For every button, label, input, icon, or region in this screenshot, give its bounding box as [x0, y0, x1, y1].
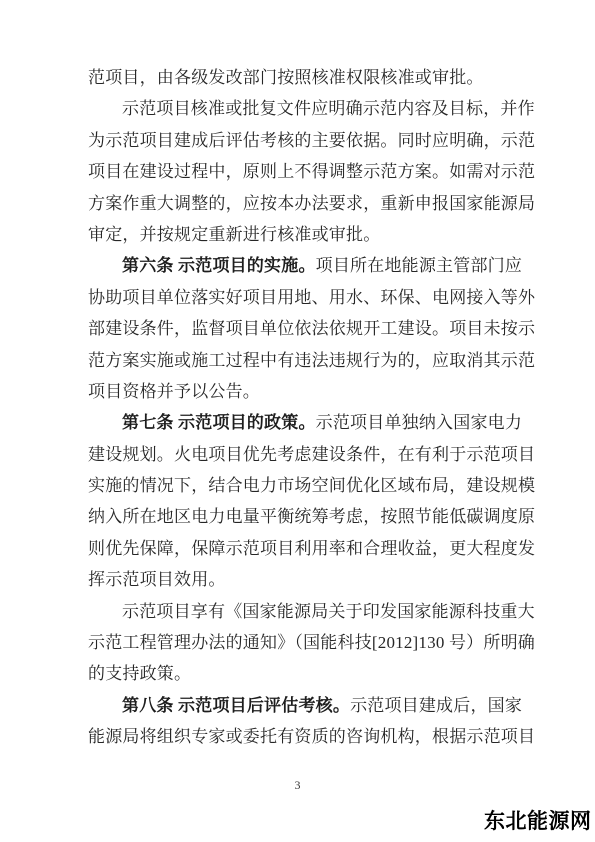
document-line: 建设规划。火电项目优先考虑建设条件，在有利于示范项目	[88, 439, 521, 470]
document-line: 协助项目单位落实好项目用地、用水、环保、电网接入等外	[88, 282, 521, 313]
document-line-article: 第六条 示范项目的实施。项目所在地能源主管部门应	[88, 250, 521, 281]
body-text: 项目所在地能源主管部门应	[316, 256, 522, 275]
document-line: 示范项目享有《国家能源局关于印发国家能源科技重大	[88, 596, 521, 627]
document-page: 范项目，由各级发改部门按照核准权限核准或审批。示范项目核准或批复文件应明确示范内…	[0, 0, 595, 842]
document-line: 则优先保障，保障示范项目利用率和合理收益，更大程度发	[88, 533, 521, 564]
page-number: 3	[0, 778, 595, 793]
body-text: 纳入所在地区电力电量平衡统筹考虑，按照节能低碳调度原	[88, 507, 535, 526]
body-text: 项目资格并予以公告。	[88, 382, 260, 401]
body-text: 则优先保障，保障示范项目利用率和合理收益，更大程度发	[88, 539, 535, 558]
body-text: 实施的情况下，结合电力市场空间优化区域布局，建设规模	[88, 476, 535, 495]
article-heading: 第七条 示范项目的政策。	[122, 413, 316, 432]
document-line: 示范项目核准或批复文件应明确示范内容及目标，并作	[88, 93, 521, 124]
body-text: 范项目，由各级发改部门按照核准权限核准或审批。	[88, 68, 484, 87]
document-line: 的支持政策。	[88, 658, 521, 689]
body-text: 为示范项目建成后评估考核的主要依据。同时应明确，示范	[88, 131, 535, 150]
document-line-article: 第七条 示范项目的政策。示范项目单独纳入国家电力	[88, 407, 521, 438]
article-heading: 第六条 示范项目的实施。	[122, 256, 316, 275]
body-text: 的支持政策。	[88, 664, 191, 683]
document-line: 范项目，由各级发改部门按照核准权限核准或审批。	[88, 62, 521, 93]
document-line: 范方案实施或施工过程中有违法违规行为的，应取消其示范	[88, 345, 521, 376]
document-line: 示范工程管理办法的通知》（国能科技[2012]130 号）所明确	[88, 627, 521, 658]
document-line: 纳入所在地区电力电量平衡统筹考虑，按照节能低碳调度原	[88, 501, 521, 532]
document-line-article: 第八条 示范项目后评估考核。示范项目建成后，国家	[88, 690, 521, 721]
body-text: 示范项目单独纳入国家电力	[316, 413, 522, 432]
body-text: 能源局将组织专家或委托有资质的咨询机构，根据示范项目	[88, 727, 535, 746]
document-line: 项目资格并予以公告。	[88, 376, 521, 407]
body-text: 部建设条件，监督项目单位依法依规开工建设。项目未按示	[88, 319, 535, 338]
document-line: 挥示范项目效用。	[88, 564, 521, 595]
document-line: 审定，并按规定重新进行核准或审批。	[88, 219, 521, 250]
body-text: 项目在建设过程中，原则上不得调整示范方案。如需对示范	[88, 162, 535, 181]
article-heading: 第八条 示范项目后评估考核。	[122, 696, 350, 715]
document-line: 项目在建设过程中，原则上不得调整示范方案。如需对示范	[88, 156, 521, 187]
body-text: 示范项目建成后，国家	[350, 696, 522, 715]
document-line: 为示范项目建成后评估考核的主要依据。同时应明确，示范	[88, 125, 521, 156]
site-watermark: 东北能源网	[484, 805, 592, 835]
body-text: 审定，并按规定重新进行核准或审批。	[88, 225, 380, 244]
body-text: 建设规划。火电项目优先考虑建设条件，在有利于示范项目	[88, 445, 535, 464]
body-text: 协助项目单位落实好项目用地、用水、环保、电网接入等外	[88, 288, 535, 307]
document-line: 方案作重大调整的，应按本办法要求，重新申报国家能源局	[88, 188, 521, 219]
document-line: 部建设条件，监督项目单位依法依规开工建设。项目未按示	[88, 313, 521, 344]
document-line: 实施的情况下，结合电力市场空间优化区域布局，建设规模	[88, 470, 521, 501]
body-text: 范方案实施或施工过程中有违法违规行为的，应取消其示范	[88, 351, 535, 370]
body-text: 示范工程管理办法的通知》（国能科技[2012]130 号）所明确	[88, 633, 535, 652]
body-text: 示范项目核准或批复文件应明确示范内容及目标，并作	[122, 99, 535, 118]
body-text: 方案作重大调整的，应按本办法要求，重新申报国家能源局	[88, 194, 535, 213]
document-body: 范项目，由各级发改部门按照核准权限核准或审批。示范项目核准或批复文件应明确示范内…	[88, 62, 521, 753]
body-text: 示范项目享有《国家能源局关于印发国家能源科技重大	[122, 602, 535, 621]
document-line: 能源局将组织专家或委托有资质的咨询机构，根据示范项目	[88, 721, 521, 752]
body-text: 挥示范项目效用。	[88, 570, 226, 589]
